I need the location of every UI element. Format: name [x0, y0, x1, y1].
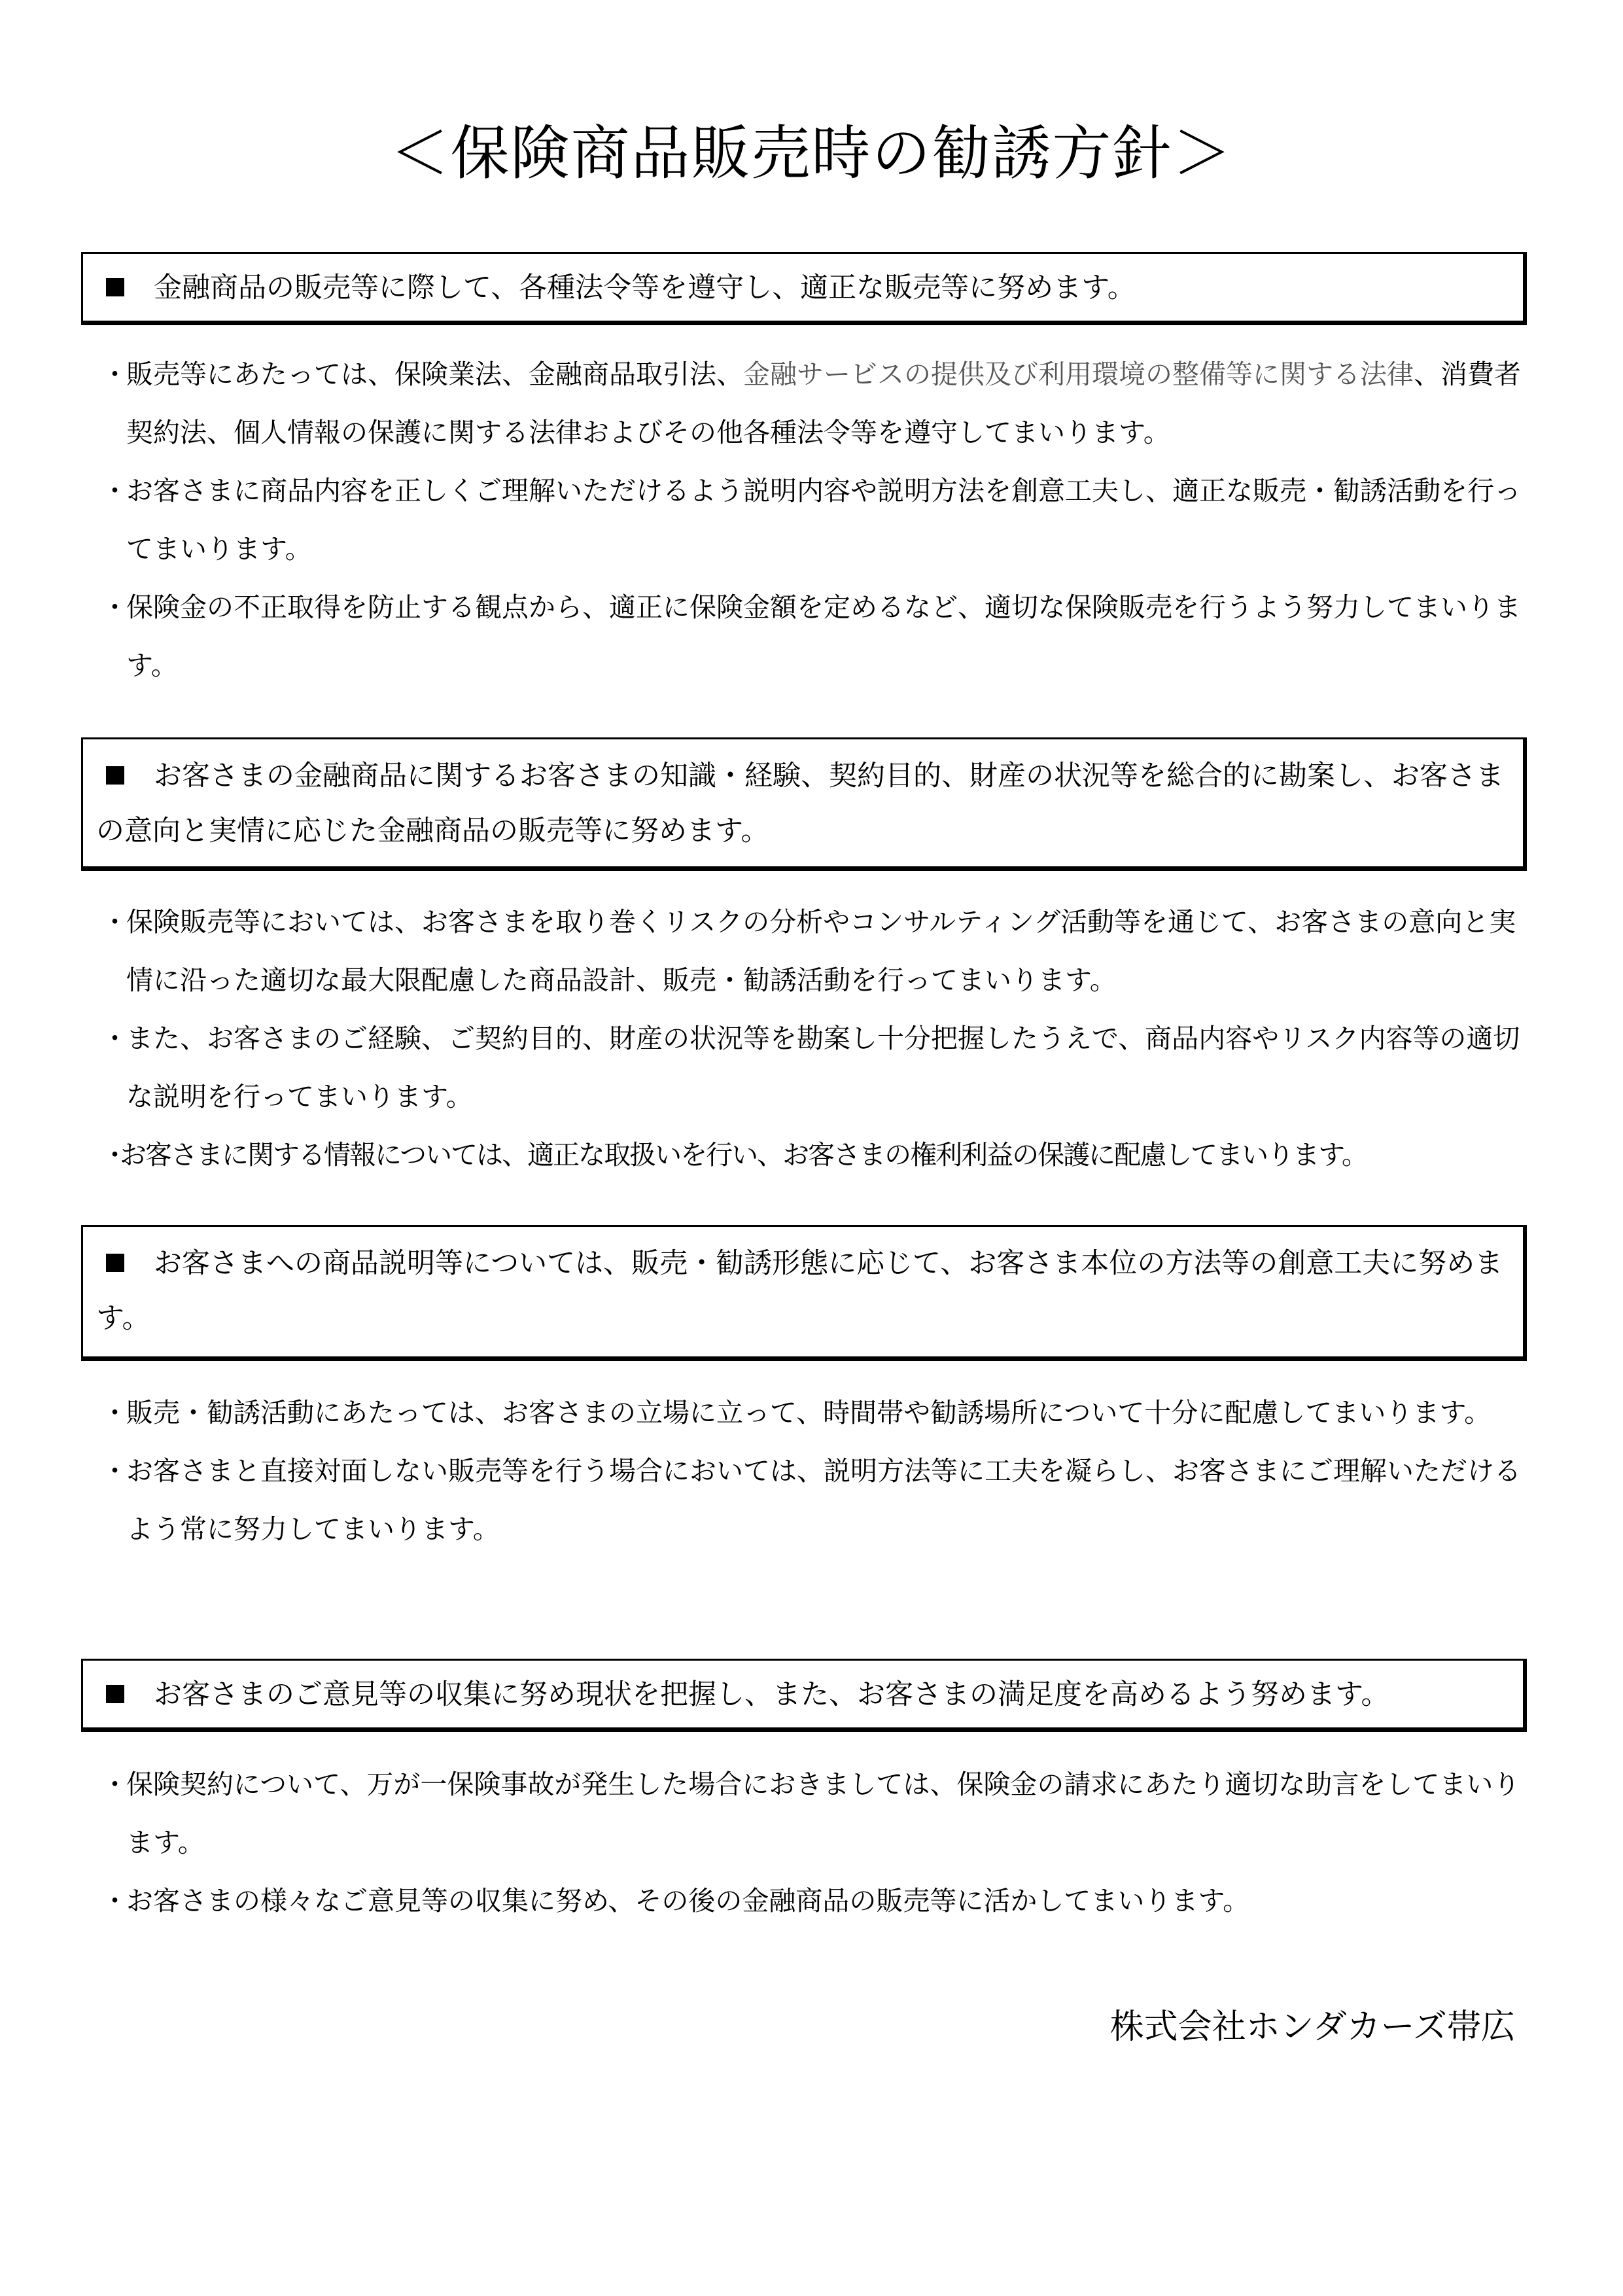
bullet-dot-icon: ・: [101, 578, 128, 637]
section-4-heading: お客さまのご意見等の収集に努め現状を把握し、また、お客さまの満足度を高めるよう努…: [154, 1678, 1389, 1711]
list-item: ・ お客さまに商品内容を正しくご理解いただけるよう説明内容や説明方法を創意工夫し…: [101, 462, 1527, 578]
page-title: ＜保険商品販売時の勧誘方針＞: [0, 115, 1623, 193]
square-bullet-icon: [106, 1685, 124, 1703]
section-3-bullets: ・ 販売・勧誘活動にあたっては、お客さまの立場に立って、時間帯や勧誘場所について…: [101, 1384, 1527, 1559]
square-bullet-icon: [106, 1254, 124, 1272]
bullet-text: 保険契約について、万が一保険事故が発生した場合におきましては、保険金の請求にあた…: [126, 1769, 1520, 1858]
company-signature: 株式会社ホンダカーズ帯広: [1110, 2001, 1515, 2053]
section-2-heading: お客さまの金融商品に関するお客さまの知識・経験、契約目的、財産の状況等を総合的に…: [96, 760, 1504, 847]
list-item: ・ 保険販売等においては、お客さまを取り巻くリスクの分析やコンサルティング活動等…: [101, 893, 1527, 1010]
list-item: ・ お客さまに関する情報については、適正な取扱いを行い、お客さまの権利利益の保護…: [101, 1126, 1527, 1184]
bullet-dot-icon: ・: [101, 1442, 128, 1500]
list-item: ・ お客さまと直接対面しない販売等を行う場合においては、説明方法等に工夫を凝らし…: [101, 1442, 1527, 1559]
list-item: ・ 販売等にあたっては、保険業法、金融商品取引法、金融サービスの提供及び利用環境…: [101, 345, 1527, 462]
list-item: ・ また、お客さまのご経験、ご契約目的、財産の状況等を勘案し十分把握したうえで、…: [101, 1010, 1527, 1126]
section-3-heading: お客さまへの商品説明等については、販売・勧誘形態に応じて、お客さま本位の方法等の…: [96, 1247, 1503, 1335]
bullet-text: お客さまに関する情報については、適正な取扱いを行い、お客さまの権利利益の保護に配…: [120, 1139, 1367, 1171]
bullet-dot-icon: ・: [101, 1756, 128, 1814]
bullet-dot-icon: ・: [101, 345, 128, 404]
section-1-heading-box: 金融商品の販売等に際して、各種法令等を遵守し、適正な販売等に努めます。: [81, 252, 1527, 325]
section-1-bullets: ・ 販売等にあたっては、保険業法、金融商品取引法、金融サービスの提供及び利用環境…: [101, 345, 1527, 695]
square-bullet-icon: [106, 766, 124, 785]
bullet-dot-icon: ・: [101, 462, 128, 520]
bullet-text: 販売等にあたっては、保険業法、金融商品取引法、: [126, 359, 743, 390]
bullet-text: お客さまと直接対面しない販売等を行う場合においては、説明方法等に工夫を凝らし、お…: [126, 1455, 1521, 1545]
bullet-text: また、お客さまのご経験、ご契約目的、財産の状況等を勘案し十分把握したうえで、商品…: [126, 1023, 1520, 1112]
bullet-dot-icon: ・: [101, 1384, 128, 1442]
bullet-text: お客さまの様々なご意見等の収集に努め、その後の金融商品の販売等に活かしてまいりま…: [126, 1885, 1249, 1916]
section-4-heading-box: お客さまのご意見等の収集に努め現状を把握し、また、お客さまの満足度を高めるよう努…: [81, 1659, 1527, 1732]
bullet-dot-icon: ・: [101, 1872, 128, 1930]
list-item: ・ 保険金の不正取得を防止する観点から、適正に保険金額を定めるなど、適切な保険販…: [101, 578, 1527, 695]
list-item: ・ お客さまの様々なご意見等の収集に努め、その後の金融商品の販売等に活かしてまい…: [101, 1872, 1527, 1930]
bullet-dot-icon: ・: [101, 1126, 127, 1184]
list-item: ・ 販売・勧誘活動にあたっては、お客さまの立場に立って、時間帯や勧誘場所について…: [101, 1384, 1527, 1442]
section-3-heading-box: お客さまへの商品説明等については、販売・勧誘形態に応じて、お客さま本位の方法等の…: [81, 1225, 1527, 1361]
bullet-text: お客さまに商品内容を正しくご理解いただけるよう説明内容や説明方法を創意工夫し、適…: [126, 475, 1521, 565]
square-bullet-icon: [106, 278, 124, 296]
section-2-heading-box: お客さまの金融商品に関するお客さまの知識・経験、契約目的、財産の状況等を総合的に…: [81, 737, 1527, 871]
bullet-dot-icon: ・: [101, 893, 128, 951]
bullet-text-gray: 金融サービスの提供及び利用環境の整備等に関する法律: [743, 359, 1414, 390]
section-4-bullets: ・ 保険契約について、万が一保険事故が発生した場合におきましては、保険金の請求に…: [101, 1756, 1527, 1930]
bullet-text: 保険販売等においては、お客さまを取り巻くリスクの分析やコンサルティング活動等を通…: [126, 906, 1516, 996]
bullet-text: 販売・勧誘活動にあたっては、お客さまの立場に立って、時間帯や勧誘場所について十分…: [126, 1397, 1491, 1428]
list-item: ・ 保険契約について、万が一保険事故が発生した場合におきましては、保険金の請求に…: [101, 1756, 1527, 1872]
section-2-bullets: ・ 保険販売等においては、お客さまを取り巻くリスクの分析やコンサルティング活動等…: [101, 893, 1527, 1184]
section-1-heading: 金融商品の販売等に際して、各種法令等を遵守し、適正な販売等に努めます。: [154, 272, 1136, 304]
bullet-dot-icon: ・: [101, 1010, 128, 1068]
bullet-text: 保険金の不正取得を防止する観点から、適正に保険金額を定めるなど、適切な保険販売を…: [126, 592, 1521, 681]
